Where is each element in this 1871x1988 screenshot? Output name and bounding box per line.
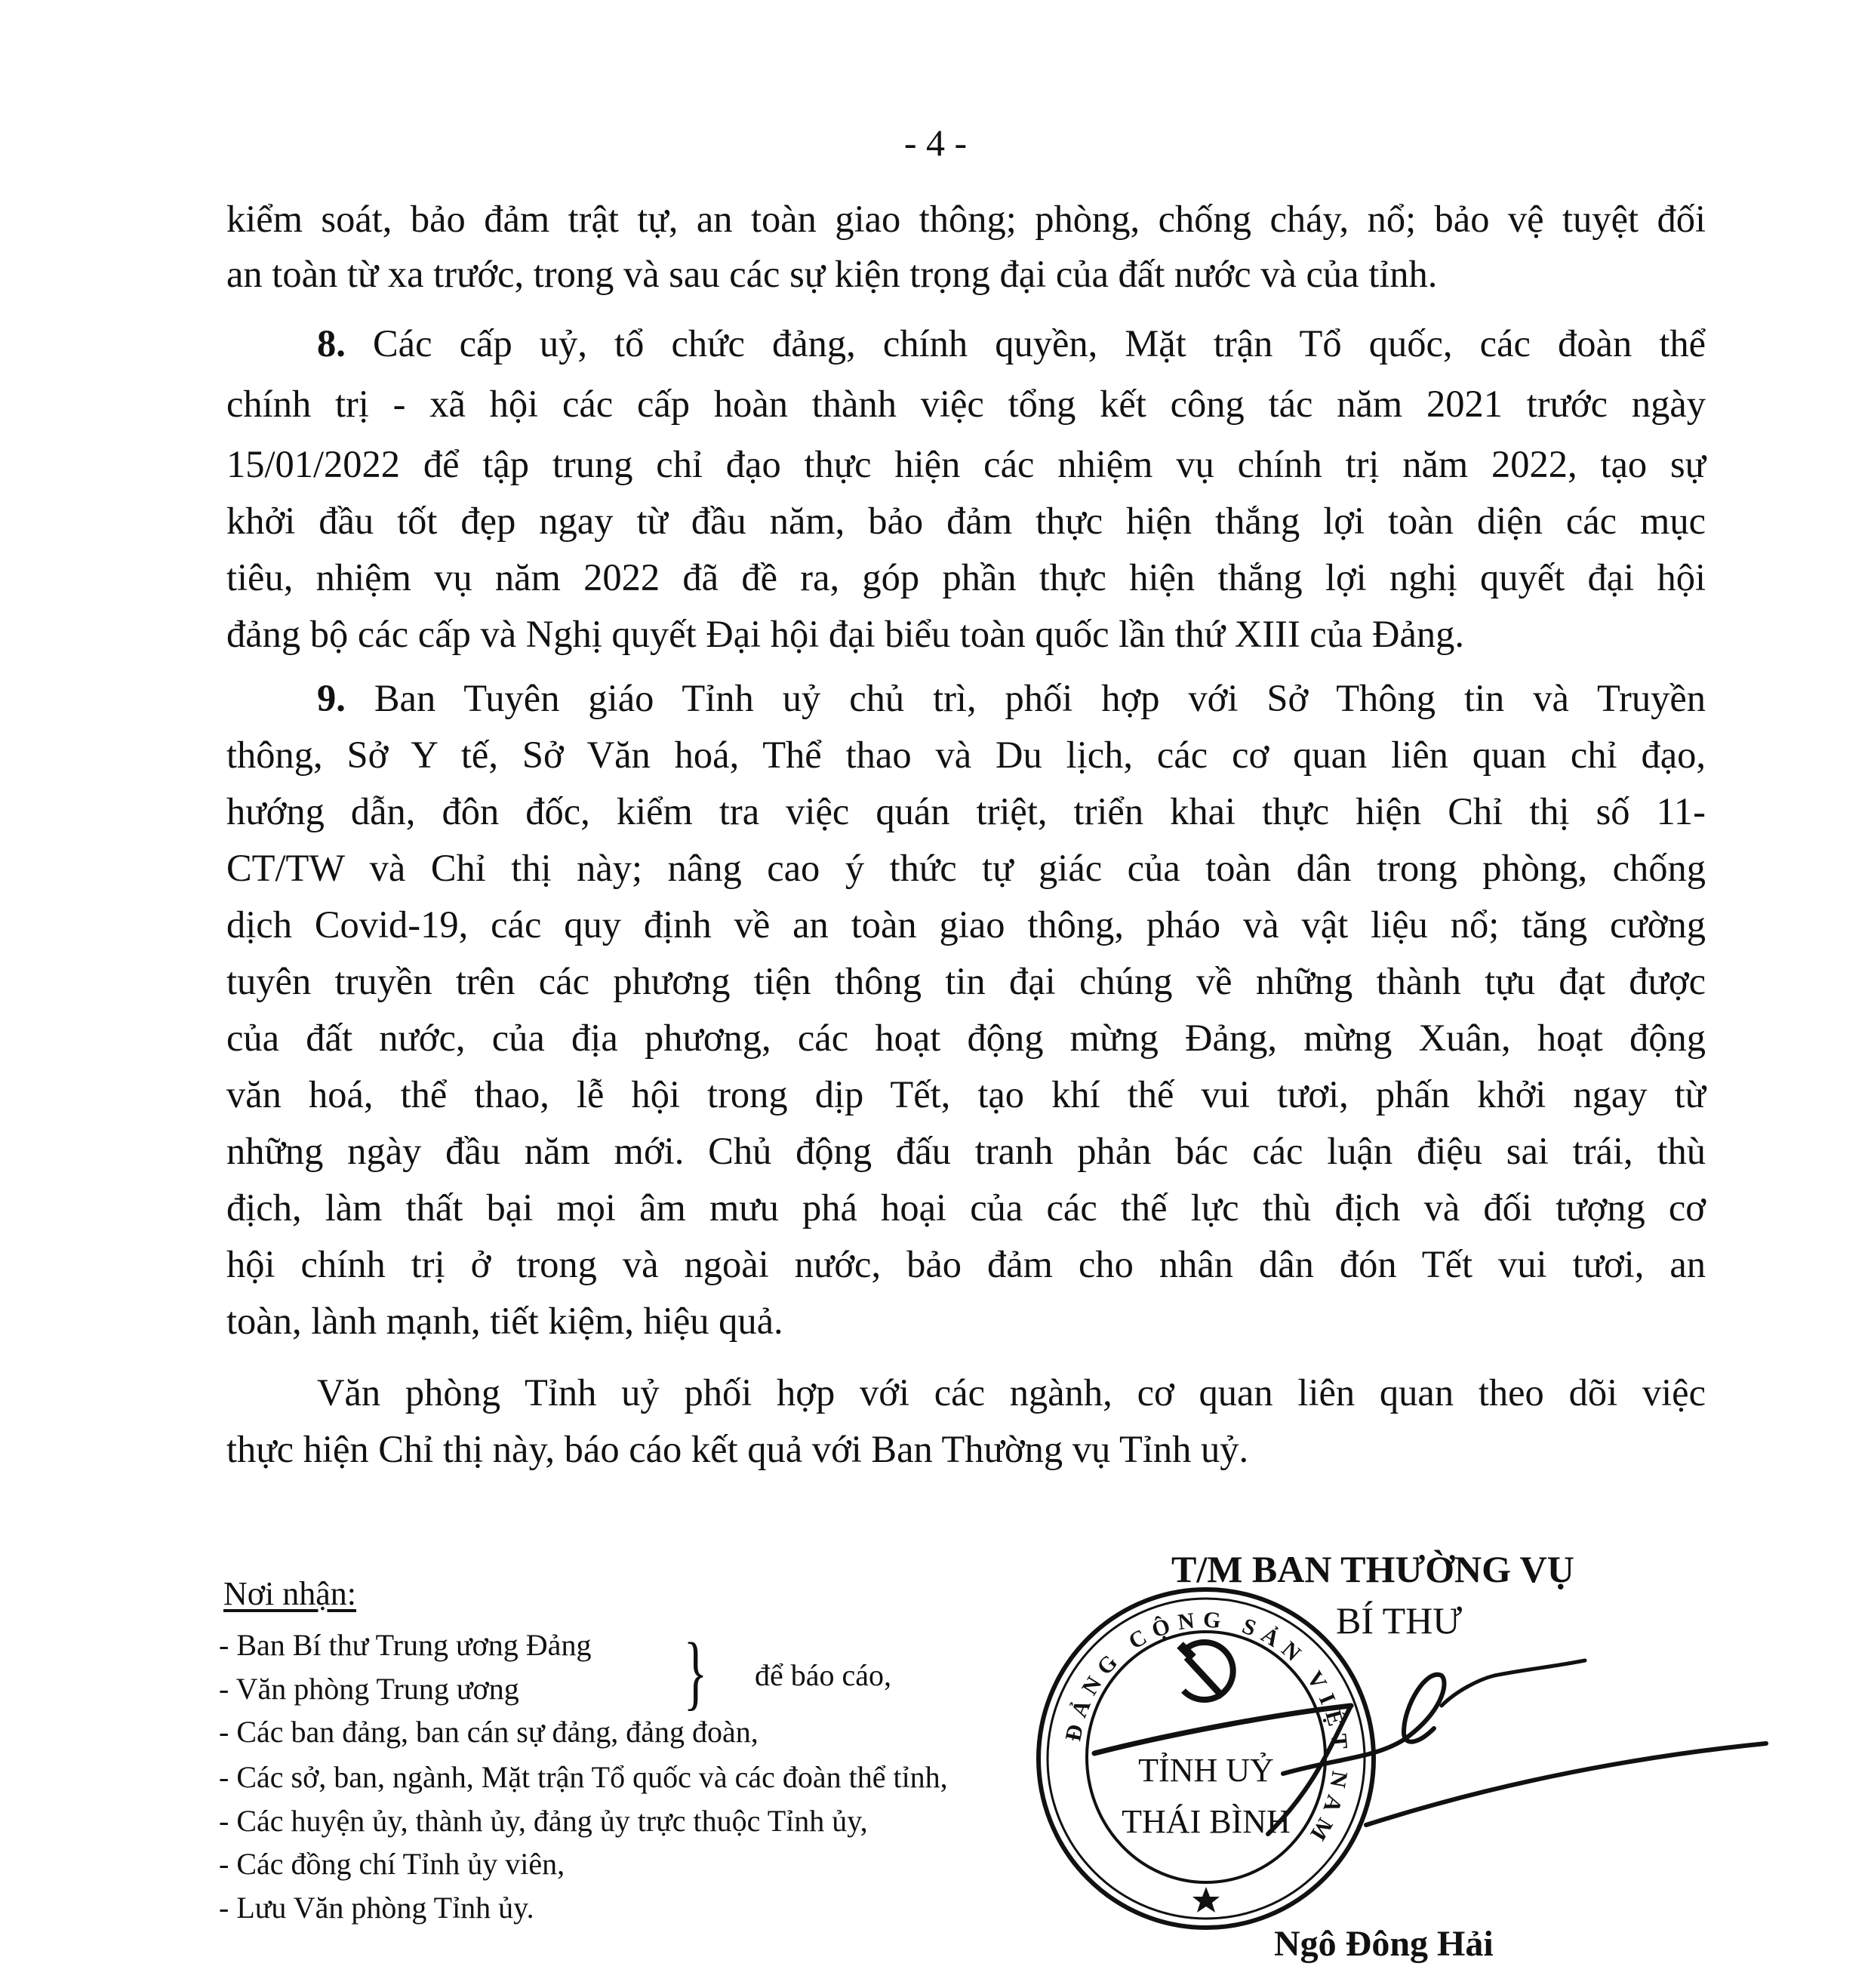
- recipient-item: - Văn phòng Trung ương: [219, 1674, 519, 1704]
- paragraph-line: 15/01/2022 để tập trung chỉ đạo thực hiệ…: [226, 445, 1706, 484]
- recipient-item: - Ban Bí thư Trung ương Đảng: [219, 1630, 591, 1660]
- recipient-item: - Các ban đảng, ban cán sự đảng, đảng đo…: [219, 1717, 759, 1747]
- paragraph-line: đảng bộ các cấp và Nghị quyết Đại hội đạ…: [226, 615, 1706, 654]
- recipient-item: - Các sở, ban, ngành, Mặt trận Tổ quốc v…: [219, 1762, 948, 1793]
- recipients-grouped-note: để báo cáo,: [755, 1660, 891, 1691]
- paragraph-line: khởi đầu tốt đẹp ngay từ đầu năm, bảo đả…: [226, 502, 1706, 540]
- recipient-item: - Các huyện ủy, thành ủy, đảng ủy trực t…: [219, 1806, 868, 1836]
- paragraph-line: hướng dẫn, đôn đốc, kiểm tra việc quán t…: [226, 792, 1706, 831]
- item-number: 8.: [317, 322, 346, 365]
- page-number: - 4 -: [0, 121, 1871, 165]
- paragraph-line: thực hiện Chỉ thị này, báo cáo kết quả v…: [226, 1430, 1706, 1469]
- paragraph-line: những ngày đầu năm mới. Chủ động đấu tra…: [226, 1132, 1706, 1171]
- paragraph-line: an toàn từ xa trước, trong và sau các sự…: [226, 255, 1706, 294]
- paragraph-line: tiêu, nhiệm vụ năm 2022 đã đề ra, góp ph…: [226, 559, 1706, 597]
- paragraph-line: hội chính trị ở trong và ngoài nước, bảo…: [226, 1245, 1706, 1284]
- recipient-item: - Các đồng chí Tỉnh ủy viên,: [219, 1849, 565, 1879]
- item-9-first-line: 9. Ban Tuyên giáo Tỉnh uỷ chủ trì, phối …: [317, 679, 1706, 718]
- handwritten-signature: [1087, 1660, 1781, 1857]
- paragraph-line: của đất nước, của địa phương, các hoạt đ…: [226, 1019, 1706, 1057]
- item-number: 9.: [317, 677, 346, 719]
- document-page: - 4 - kiểm soát, bảo đảm trật tự, an toà…: [0, 0, 1871, 1988]
- paragraph-line: địch, làm thất bại mọi âm mưu phá hoại c…: [226, 1189, 1706, 1227]
- paragraph-line: chính trị - xã hội các cấp hoàn thành vi…: [226, 385, 1706, 423]
- paragraph-line: thông, Sở Y tế, Sở Văn hoá, Thể thao và …: [226, 736, 1706, 774]
- paragraph-line: toàn, lành mạnh, tiết kiệm, hiệu quả.: [226, 1302, 1706, 1340]
- item-8-first-line: 8. Các cấp uỷ, tổ chức đảng, chính quyền…: [317, 325, 1706, 363]
- paragraph-line: dịch Covid-19, các quy định về an toàn g…: [226, 906, 1706, 944]
- recipients-title: Nơi nhận:: [223, 1577, 356, 1611]
- paragraph-line: tuyên truyền trên các phương tiện thông …: [226, 962, 1706, 1001]
- star-icon: [1192, 1887, 1220, 1913]
- paragraph-line: kiểm soát, bảo đảm trật tự, an toàn giao…: [226, 200, 1706, 238]
- recipient-item: - Lưu Văn phòng Tỉnh ủy.: [219, 1893, 534, 1923]
- paragraph-line: CT/TW và Chỉ thị này; nâng cao ý thức tự…: [226, 849, 1706, 888]
- paragraph-line: Văn phòng Tỉnh uỷ phối hợp với các ngành…: [317, 1374, 1706, 1412]
- brace-symbol: }: [684, 1630, 708, 1713]
- paragraph-line: văn hoá, thể thao, lễ hội trong dịp Tết,…: [226, 1076, 1706, 1114]
